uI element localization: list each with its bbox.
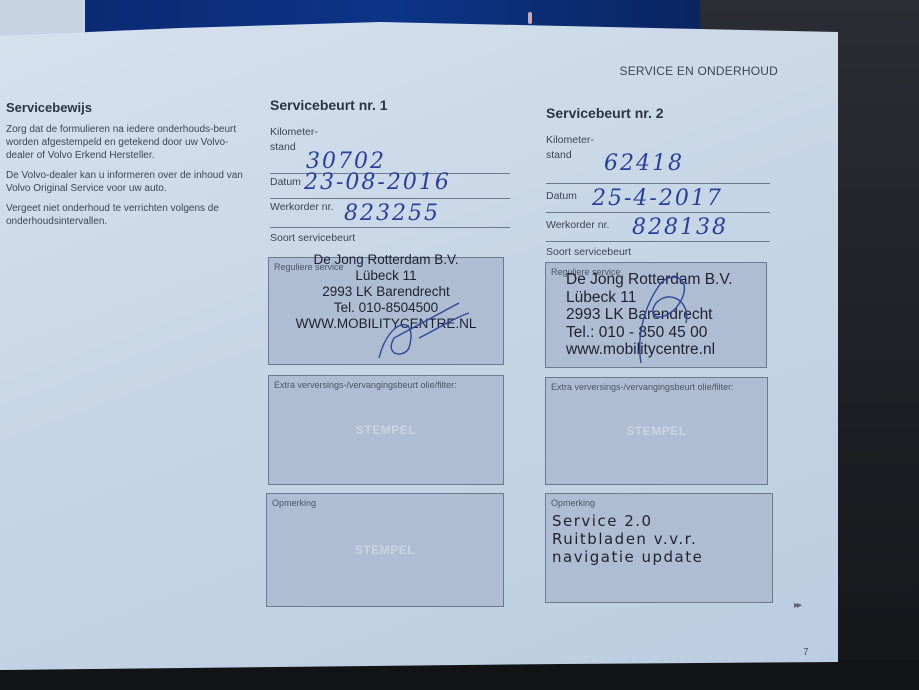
remark-label: Opmerking xyxy=(551,498,595,508)
extra-service-stamp-box-2: Extra verversings-/vervangingsbeurt olie… xyxy=(545,377,768,485)
intro-paragraph: De Volvo-dealer kan u informeren over de… xyxy=(6,169,251,195)
work-order-label: Werkorder nr. xyxy=(546,213,609,231)
stamp-placeholder: STEMPEL xyxy=(546,424,767,438)
extra-service-stamp-box-1: Extra verversings-/vervangingsbeurt olie… xyxy=(268,375,504,485)
date-value: 23-08-2016 xyxy=(304,170,451,195)
extra-service-label: Extra verversings-/vervangingsbeurt olie… xyxy=(551,382,734,392)
work-order-value: 828138 xyxy=(632,215,728,240)
service-title: Servicebeurt nr. 1 xyxy=(270,97,510,113)
work-order-value: 823255 xyxy=(344,201,440,226)
service-title: Servicebeurt nr. 2 xyxy=(546,105,770,121)
mileage-field[interactable]: Kilometer-stand 30702 xyxy=(270,125,510,174)
mileage-value: 62418 xyxy=(604,151,684,176)
remark-label: Opmerking xyxy=(272,498,316,508)
remark-box-1: Opmerking STEMPEL xyxy=(266,493,504,607)
stamp-placeholder: STEMPEL xyxy=(269,423,503,437)
stamp-placeholder: STEMPEL xyxy=(267,543,503,557)
intro-column: Servicebewijs Zorg dat de formulieren na… xyxy=(6,100,251,235)
work-order-label: Werkorder nr. xyxy=(270,199,333,213)
service-record-2: Servicebeurt nr. 2 Kilometer-stand 62418… xyxy=(546,105,770,264)
regular-service-stamp-box-1: Reguliere service De Jong Rotterdam B.V.… xyxy=(268,257,504,365)
date-field[interactable]: Datum 23-08-2016 xyxy=(270,174,510,199)
intro-paragraph: Vergeet niet onderhoud te verrichten vol… xyxy=(6,202,251,228)
page-number: 7 xyxy=(803,647,809,658)
mileage-label: Kilometer-stand xyxy=(546,133,594,163)
remark-handwriting: Service 2.0 Ruitbladen v.v.r. navigatie … xyxy=(552,512,703,566)
regular-service-stamp-box-2: Reguliere service De Jong Rotterdam B.V.… xyxy=(545,262,767,368)
date-label: Datum xyxy=(546,184,577,202)
extra-service-label: Extra verversings-/vervangingsbeurt olie… xyxy=(274,380,457,390)
service-record-1: Servicebeurt nr. 1 Kilometer-stand 30702… xyxy=(270,97,510,250)
date-label: Datum xyxy=(270,174,301,188)
date-value: 25-4-2017 xyxy=(592,186,723,211)
date-field[interactable]: Datum 25-4-2017 xyxy=(546,184,770,213)
next-page-icon: ▸▸ xyxy=(794,600,800,611)
signature-icon xyxy=(269,258,505,366)
work-order-field[interactable]: Werkorder nr. 823255 xyxy=(270,199,510,228)
intro-paragraph: Zorg dat de formulieren na iedere onderh… xyxy=(6,123,251,162)
intro-title: Servicebewijs xyxy=(6,100,251,115)
booklet-page: SERVICE EN ONDERHOUD Servicebewijs Zorg … xyxy=(0,22,838,672)
mileage-field[interactable]: Kilometer-stand 62418 xyxy=(546,133,770,184)
work-order-field[interactable]: Werkorder nr. 828138 xyxy=(546,213,770,242)
signature-icon xyxy=(546,263,768,369)
section-title: SERVICE EN ONDERHOUD xyxy=(620,64,778,78)
service-type-label: Soort servicebeurt xyxy=(546,242,770,264)
pen-clip xyxy=(528,12,532,24)
remark-box-2: Opmerking Service 2.0 Ruitbladen v.v.r. … xyxy=(545,493,773,603)
service-type-label: Soort servicebeurt xyxy=(270,228,510,250)
